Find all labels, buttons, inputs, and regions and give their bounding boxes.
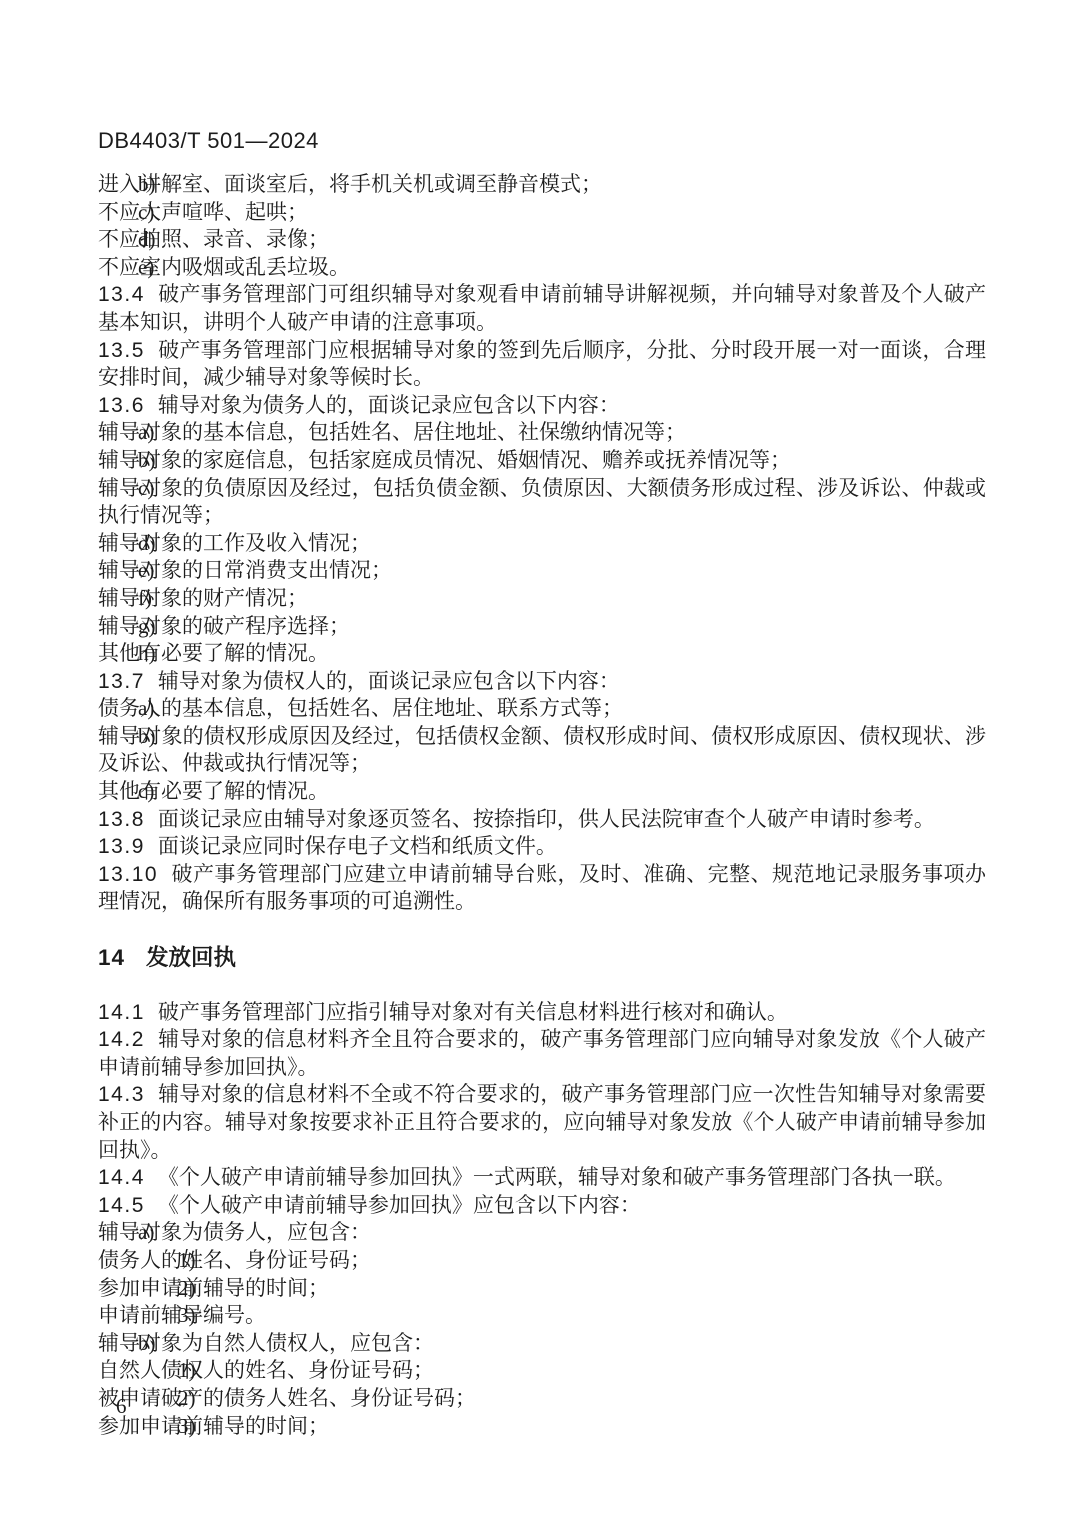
- standard-number-header: DB4403/T 501—2024: [98, 128, 319, 154]
- clause-paragraph: 14.3辅导对象的信息材料不全或不符合要求的，破产事务管理部门应一次性告知辅导对…: [98, 1081, 986, 1164]
- item-marker: 2): [178, 1275, 196, 1303]
- clause-paragraph: 13.4破产事务管理部门可组织辅导对象观看申请前辅导讲解视频，并向辅导对象普及个…: [98, 281, 986, 336]
- block-text: 辅导对象的家庭信息，包括家庭成员情况、婚姻情况、赡养或抚养情况等；: [98, 448, 791, 472]
- block-text: 破产事务管理部门应建立申请前辅导台账，及时、准确、完整、规范地记录服务事项办理情…: [98, 862, 986, 914]
- block-text: 面谈记录应由辅导对象逐页签名、按捺指印，供人民法院审查个人破产申请时参考。: [158, 807, 935, 831]
- lettered-list-item: b)辅导对象的家庭信息，包括家庭成员情况、婚姻情况、赡养或抚养情况等；: [98, 447, 986, 475]
- clause-paragraph: 14.1破产事务管理部门应指引辅导对象对有关信息材料进行核对和确认。: [98, 999, 986, 1027]
- block-text: 参加申请前辅导的时间；: [98, 1276, 329, 1300]
- lettered-list-item: c)辅导对象的负债原因及经过，包括负债金额、负债原因、大额债务形成过程、涉及诉讼…: [98, 475, 986, 530]
- section-heading: 14发放回执: [98, 944, 986, 972]
- block-text: 其他有必要了解的情况。: [98, 641, 329, 665]
- clause-number: 14.2: [98, 1028, 145, 1051]
- lettered-list-item: b)辅导对象为自然人债权人，应包含：: [98, 1330, 986, 1358]
- block-text: 进入讲解室、面谈室后，将手机关机或调至静音模式；: [98, 172, 602, 196]
- item-marker: a): [138, 1219, 154, 1247]
- block-text: 《个人破产申请前辅导参加回执》一式两联，辅导对象和破产事务管理部门各执一联。: [158, 1165, 956, 1189]
- item-marker: a): [138, 419, 154, 447]
- clause-paragraph: 14.2辅导对象的信息材料齐全且符合要求的，破产事务管理部门应向辅导对象发放《个…: [98, 1026, 986, 1081]
- lettered-list-item: d)辅导对象的工作及收入情况；: [98, 530, 986, 558]
- lettered-list-item: c)不应大声喧哗、起哄；: [98, 199, 986, 227]
- page-number: 6: [116, 1394, 127, 1419]
- block-text: 《个人破产申请前辅导参加回执》应包含以下内容：: [158, 1193, 641, 1217]
- block-text: 破产事务管理部门应指引辅导对象对有关信息材料进行核对和确认。: [158, 1000, 788, 1024]
- item-marker: e): [138, 557, 154, 585]
- clause-paragraph: 14.4《个人破产申请前辅导参加回执》一式两联，辅导对象和破产事务管理部门各执一…: [98, 1164, 986, 1192]
- numbered-list-item: 2)被申请破产的债务人姓名、身份证号码；: [98, 1385, 986, 1413]
- lettered-list-item: b)进入讲解室、面谈室后，将手机关机或调至静音模式；: [98, 171, 986, 199]
- item-marker: c): [138, 199, 154, 227]
- item-marker: 1): [178, 1247, 196, 1275]
- lettered-list-item: g)辅导对象的破产程序选择；: [98, 613, 986, 641]
- block-text: 破产事务管理部门可组织辅导对象观看申请前辅导讲解视频，并向辅导对象普及个人破产基…: [98, 282, 986, 334]
- clause-number: 14.5: [98, 1194, 145, 1217]
- item-marker: b): [138, 723, 156, 751]
- item-marker: c): [138, 778, 154, 806]
- item-marker: e): [138, 254, 154, 282]
- clause-number: 13.5: [98, 339, 145, 362]
- block-text: 辅导对象的信息材料不全或不符合要求的，破产事务管理部门应一次性告知辅导对象需要补…: [98, 1082, 986, 1161]
- clause-number: 14.4: [98, 1166, 145, 1189]
- item-marker: d): [138, 530, 156, 558]
- lettered-list-item: e)辅导对象的日常消费支出情况；: [98, 557, 986, 585]
- clause-number: 13.10: [98, 863, 158, 886]
- lettered-list-item: d)不应拍照、录音、录像；: [98, 226, 986, 254]
- block-text: 债务人的姓名、身份证号码；: [98, 1248, 371, 1272]
- block-text: 不应拍照、录音、录像；: [98, 227, 329, 251]
- item-marker: 3): [178, 1413, 196, 1441]
- block-text: 其他有必要了解的情况。: [98, 779, 329, 803]
- lettered-list-item: e)不应室内吸烟或乱丢垃圾。: [98, 254, 986, 282]
- item-marker: b): [138, 171, 156, 199]
- item-marker: d): [138, 226, 156, 254]
- block-text: 破产事务管理部门应根据辅导对象的签到先后顺序，分批、分时段开展一对一面谈，合理安…: [98, 338, 986, 390]
- clause-number: 13.4: [98, 283, 145, 306]
- numbered-list-item: 1)债务人的姓名、身份证号码；: [98, 1247, 986, 1275]
- lettered-list-item: f)辅导对象的财产情况；: [98, 585, 986, 613]
- numbered-list-item: 3)申请前辅导编号。: [98, 1302, 986, 1330]
- lettered-list-item: b)辅导对象的债权形成原因及经过，包括债权金额、债权形成时间、债权形成原因、债权…: [98, 723, 986, 778]
- block-text: 债务人的基本信息，包括姓名、居住地址、联系方式等；: [98, 696, 623, 720]
- item-marker: a): [138, 695, 154, 723]
- block-text: 辅导对象的债权形成原因及经过，包括债权金额、债权形成时间、债权形成原因、债权现状…: [98, 724, 986, 776]
- item-marker: 2): [178, 1385, 196, 1413]
- clause-number: 13.7: [98, 670, 145, 693]
- clause-number: 13.6: [98, 394, 145, 417]
- item-marker: 3): [178, 1302, 196, 1330]
- clause-paragraph: 13.7辅导对象为债权人的，面谈记录应包含以下内容：: [98, 668, 986, 696]
- item-marker: f): [138, 585, 152, 613]
- block-text: 辅导对象的负债原因及经过，包括负债金额、负债原因、大额债务形成过程、涉及诉讼、仲…: [98, 476, 986, 528]
- block-text: 辅导对象的基本信息，包括姓名、居住地址、社保缴纳情况等；: [98, 420, 686, 444]
- block-text: 辅导对象为债权人的，面谈记录应包含以下内容：: [158, 669, 620, 693]
- item-marker: b): [138, 447, 156, 475]
- clause-paragraph: 13.10破产事务管理部门应建立申请前辅导台账，及时、准确、完整、规范地记录服务…: [98, 861, 986, 916]
- block-text: 面谈记录应同时保存电子文档和纸质文件。: [158, 834, 557, 858]
- item-marker: 1): [178, 1357, 196, 1385]
- clause-number: 14.3: [98, 1083, 145, 1106]
- lettered-list-item: a)辅导对象的基本信息，包括姓名、居住地址、社保缴纳情况等；: [98, 419, 986, 447]
- item-marker: g): [138, 613, 156, 641]
- clause-paragraph: 14.5《个人破产申请前辅导参加回执》应包含以下内容：: [98, 1192, 986, 1220]
- clause-paragraph: 13.9面谈记录应同时保存电子文档和纸质文件。: [98, 833, 986, 861]
- item-marker: h): [138, 640, 156, 668]
- clause-number: 13.9: [98, 835, 145, 858]
- lettered-list-item: a)辅导对象为债务人，应包含：: [98, 1219, 986, 1247]
- document-page: DB4403/T 501—2024 b)进入讲解室、面谈室后，将手机关机或调至静…: [0, 0, 1080, 1527]
- block-text: 不应室内吸烟或乱丢垃圾。: [98, 255, 350, 279]
- numbered-list-item: 2)参加申请前辅导的时间；: [98, 1275, 986, 1303]
- numbered-list-item: 3)参加申请前辅导的时间；: [98, 1413, 986, 1441]
- clause-number: 14.1: [98, 1001, 145, 1024]
- block-text: 辅导对象的破产程序选择；: [98, 614, 350, 638]
- item-marker: b): [138, 1330, 156, 1358]
- section-title: 发放回执: [146, 945, 236, 970]
- numbered-list-item: 1)自然人债权人的姓名、身份证号码；: [98, 1357, 986, 1385]
- block-text: 自然人债权人的姓名、身份证号码；: [98, 1358, 434, 1382]
- clause-number: 13.8: [98, 808, 145, 831]
- block-text: 参加申请前辅导的时间；: [98, 1414, 329, 1438]
- block-text: 被申请破产的债务人姓名、身份证号码；: [98, 1386, 476, 1410]
- clause-paragraph: 13.5破产事务管理部门应根据辅导对象的签到先后顺序，分批、分时段开展一对一面谈…: [98, 337, 986, 392]
- block-text: 辅导对象的信息材料齐全且符合要求的，破产事务管理部门应向辅导对象发放《个人破产申…: [98, 1027, 986, 1079]
- clause-paragraph: 13.6辅导对象为债务人的，面谈记录应包含以下内容：: [98, 392, 986, 420]
- lettered-list-item: a)债务人的基本信息，包括姓名、居住地址、联系方式等；: [98, 695, 986, 723]
- clause-paragraph: 13.8面谈记录应由辅导对象逐页签名、按捺指印，供人民法院审查个人破产申请时参考…: [98, 806, 986, 834]
- block-text: 不应大声喧哗、起哄；: [98, 200, 308, 224]
- section-number: 14: [98, 945, 125, 970]
- lettered-list-item: c)其他有必要了解的情况。: [98, 778, 986, 806]
- item-marker: c): [138, 475, 154, 503]
- document-body: b)进入讲解室、面谈室后，将手机关机或调至静音模式；c)不应大声喧哗、起哄；d)…: [98, 171, 986, 1440]
- block-text: 辅导对象为债务人的，面谈记录应包含以下内容：: [158, 393, 620, 417]
- lettered-list-item: h)其他有必要了解的情况。: [98, 640, 986, 668]
- block-text: 辅导对象的财产情况；: [98, 586, 308, 610]
